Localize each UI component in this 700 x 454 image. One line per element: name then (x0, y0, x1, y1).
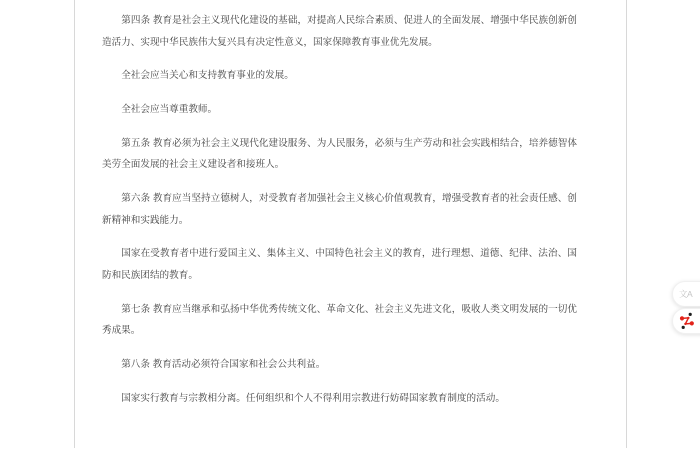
paragraph: 第五条 教育必须为社会主义现代化建设服务、为人民服务，必须与生产劳动和社会实践相… (102, 133, 577, 176)
paragraph: 第八条 教育活动必须符合国家和社会公共利益。 (102, 354, 577, 376)
molecule-logo-icon (679, 312, 695, 330)
paragraph: 第七条 教育应当继承和弘扬中华优秀传统文化、革命文化、社会主义先进文化，吸收人类… (102, 299, 577, 342)
paragraph: 国家在受教育者中进行爱国主义、集体主义、中国特色社会主义的教育，进行理想、道德、… (102, 243, 577, 286)
paragraph: 第六条 教育应当坚持立德树人，对受教育者加强社会主义核心价值观教育，增强受教育者… (102, 188, 577, 231)
article-body: 第四条 教育是社会主义现代化建设的基础，对提高人民综合素质、促进人的全面发展、增… (75, 0, 626, 409)
paragraph: 国家实行教育与宗教相分离。任何组织和个人不得利用宗教进行妨碍国家教育制度的活动。 (102, 388, 577, 410)
paragraph: 全社会应当尊重教师。 (102, 99, 577, 121)
browser-viewport: 第四条 教育是社会主义现代化建设的基础，对提高人民综合素质、促进人的全面发展、增… (0, 0, 700, 454)
document-page: 第四条 教育是社会主义现代化建设的基础，对提高人民综合素质、促进人的全面发展、增… (74, 0, 627, 448)
translate-float-button[interactable]: 文A (672, 281, 700, 307)
extension-float-button[interactable] (672, 308, 700, 334)
paragraph: 全社会应当关心和支持教育事业的发展。 (102, 65, 577, 87)
paragraph: 第四条 教育是社会主义现代化建设的基础，对提高人民综合素质、促进人的全面发展、增… (102, 10, 577, 53)
translate-icon: 文A (679, 290, 692, 299)
